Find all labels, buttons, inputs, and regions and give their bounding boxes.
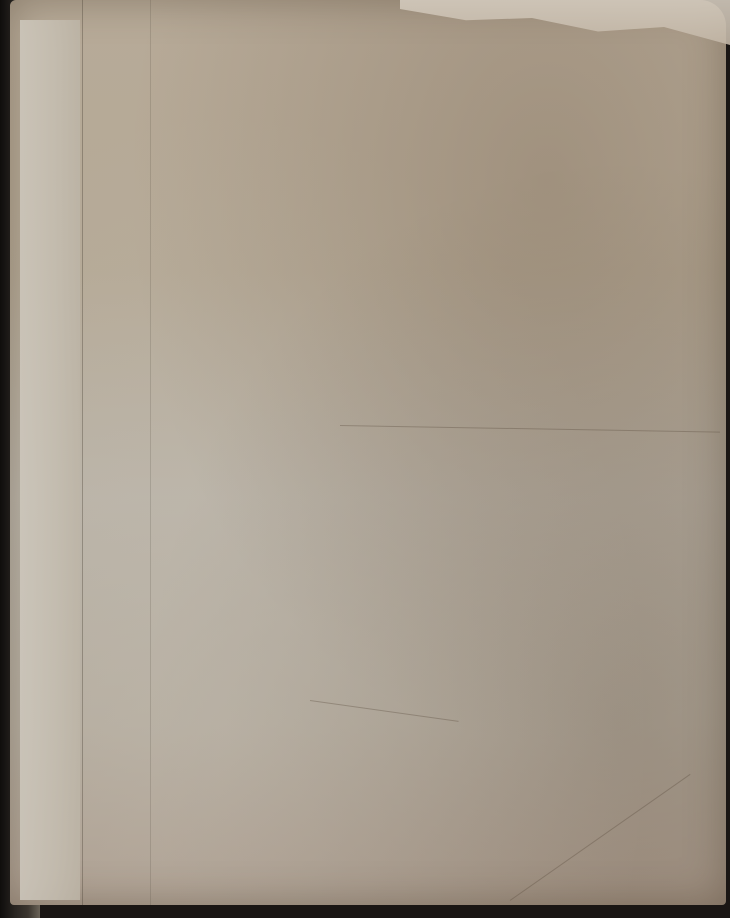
paper-crease: [510, 774, 691, 901]
worn-margin: [20, 20, 80, 900]
flyleaf-page: [10, 0, 726, 905]
paper-crease: [310, 700, 459, 722]
torn-top-edge: [400, 0, 730, 45]
margin-rule: [82, 0, 83, 905]
margin-rule: [150, 0, 151, 905]
paper-crease: [340, 425, 720, 433]
